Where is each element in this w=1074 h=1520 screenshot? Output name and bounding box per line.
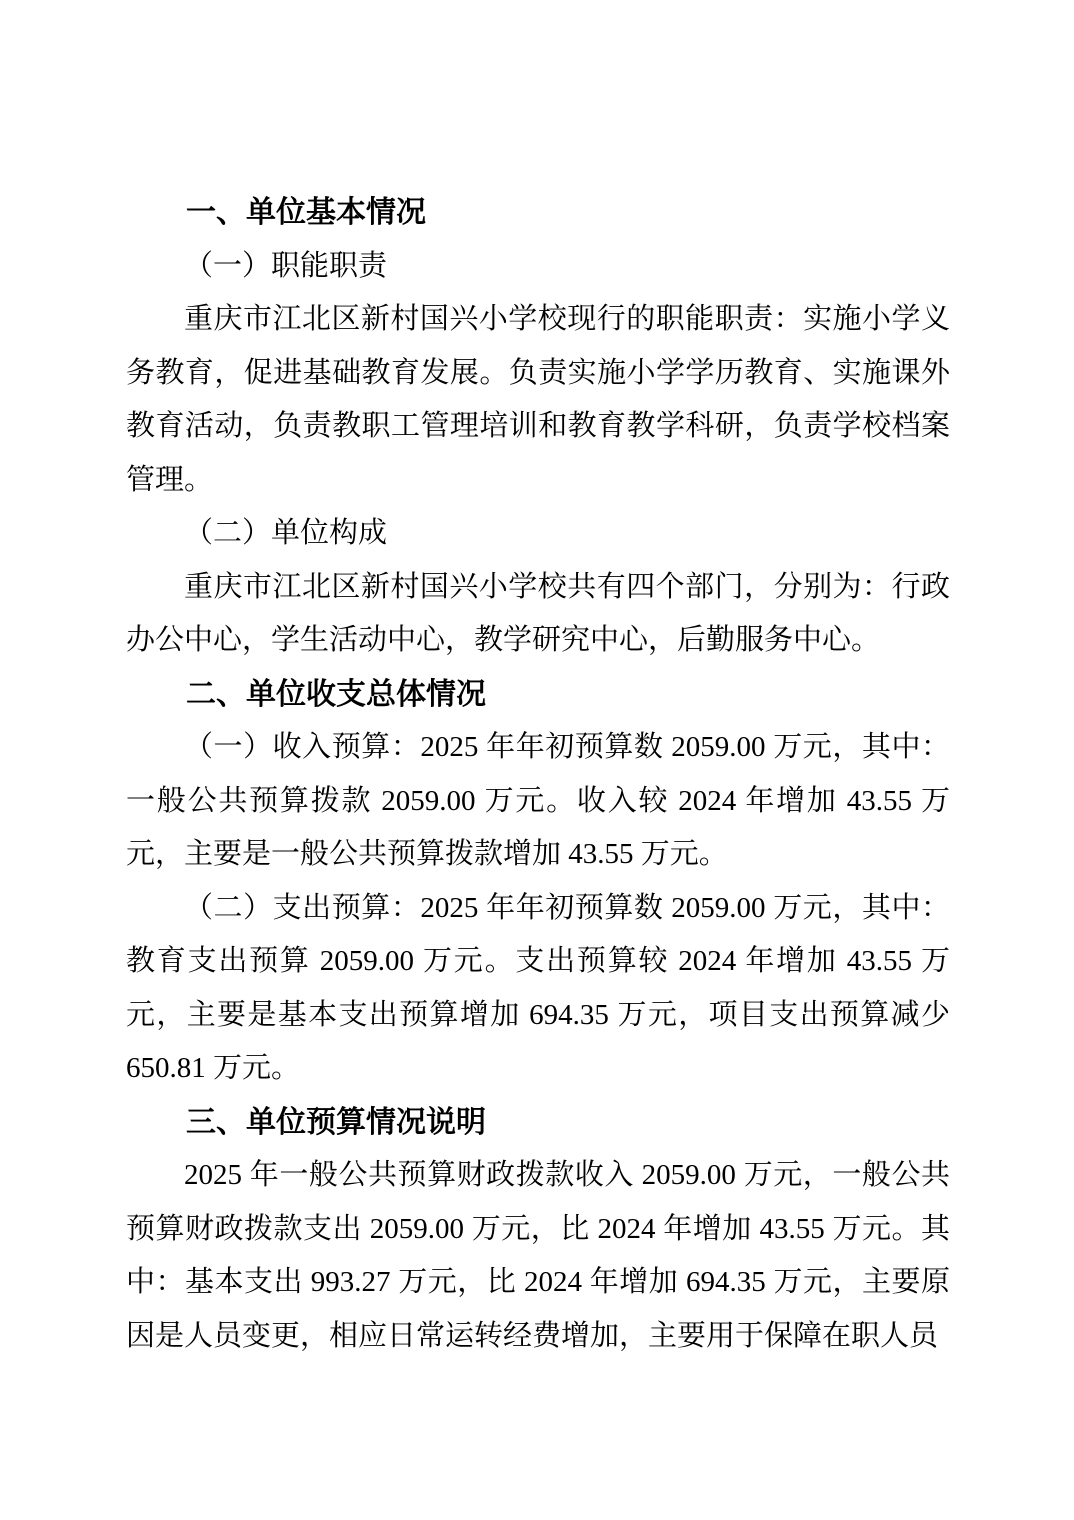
- document-page: 一、单位基本情况 （一）职能职责 重庆市江北区新村国兴小学校现行的职能职责：实施…: [0, 0, 1074, 1520]
- document-content: 一、单位基本情况 （一）职能职责 重庆市江北区新村国兴小学校现行的职能职责：实施…: [126, 186, 950, 1363]
- subheading-unit-composition: （二）单位构成: [126, 507, 950, 561]
- paragraph-revenue-budget: （一）收入预算：2025 年年初预算数 2059.00 万元，其中：一般公共预算…: [126, 721, 950, 882]
- heading-budget-explanation: 三、单位预算情况说明: [126, 1096, 950, 1150]
- heading-revenue-expenditure-overview: 二、单位收支总体情况: [126, 668, 950, 722]
- subheading-duties: （一）职能职责: [126, 240, 950, 294]
- paragraph-duties: 重庆市江北区新村国兴小学校现行的职能职责：实施小学义务教育，促进基础教育发展。负…: [126, 293, 950, 507]
- heading-unit-basic-info: 一、单位基本情况: [126, 186, 950, 240]
- paragraph-budget-explanation: 2025 年一般公共预算财政拨款收入 2059.00 万元，一般公共预算财政拨款…: [126, 1149, 950, 1363]
- paragraph-unit-composition: 重庆市江北区新村国兴小学校共有四个部门，分别为：行政办公中心，学生活动中心，教学…: [126, 561, 950, 668]
- paragraph-expenditure-budget: （二）支出预算：2025 年年初预算数 2059.00 万元，其中：教育支出预算…: [126, 882, 950, 1096]
